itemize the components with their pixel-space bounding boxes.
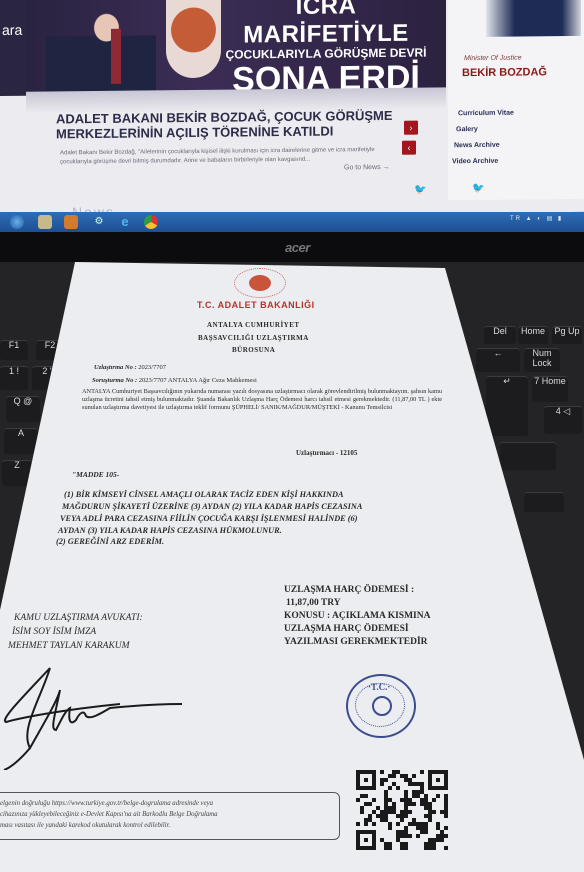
sidebar-link-video-archive[interactable]: Video Archive [452,158,498,165]
key-pgup[interactable]: Pg Up [552,326,582,344]
key-a[interactable]: A [4,428,38,454]
minister-photo [46,0,156,96]
key-numlock[interactable]: Num Lock [524,348,560,372]
twitter-icon[interactable]: 🐦 [414,185,426,196]
hero-left-fragment: ara [0,0,26,96]
key-shift-right[interactable] [500,442,556,470]
twitter-icon[interactable]: 🐦 [472,183,484,194]
sidebar-link-news-archive[interactable]: News Archive [454,142,500,149]
key-enter[interactable]: ↵ [486,376,528,436]
browser-window: ara İCRA MARİFETİYLE ÇOCUKLARIYLA GÖRÜŞM… [0,0,584,218]
hero-headline: İCRA MARİFETİYLE ÇOCUKLARIYLA GÖRÜŞME DE… [211,0,441,98]
system-tray[interactable]: TR ▲ ◐ ▤ ▮ [510,215,563,222]
prev-slide-button[interactable]: ‹ [402,141,416,155]
hero-banner[interactable]: İCRA MARİFETİYLE ÇOCUKLARIYLA GÖRÜŞME DE… [26,0,446,96]
news-title-link[interactable]: ADALET BAKANI BEKİR BOZDAĞ, ÇOCUK GÖRÜŞM… [56,108,396,142]
windows-taskbar [0,212,584,234]
sidebar-link-gallery[interactable]: Galery [456,126,478,133]
internet-explorer-icon[interactable]: e [118,215,132,229]
chrome-icon[interactable] [144,215,158,229]
key-backspace[interactable]: ← [476,348,520,372]
tie-decoration [111,29,121,84]
key-num7[interactable]: 7 Home [532,376,568,402]
brand-logo: acer [285,240,310,255]
key-home[interactable]: Home [518,326,548,344]
minister-portrait [486,0,581,37]
key-num4[interactable]: 4 ◁ [544,406,582,434]
key-menu[interactable] [524,492,564,512]
fragment-text: ara [2,22,22,38]
key-del[interactable]: Del [484,326,516,344]
minister-sidebar [448,0,584,200]
key-1[interactable]: 1 ! [0,366,28,390]
network-icon[interactable]: ⚙ [92,215,106,229]
key-q[interactable]: Q @ [6,396,40,422]
language-indicator[interactable]: TR [510,216,522,222]
file-explorer-icon[interactable] [38,215,52,229]
chevron-right-icon: › [410,123,413,133]
next-slide-button[interactable]: › [404,121,418,135]
key-z[interactable]: Z [2,460,32,486]
key-f1[interactable]: F1 [0,340,28,360]
chevron-left-icon: ‹ [408,143,411,153]
hero-line-1: İCRA MARİFETİYLE [211,0,441,50]
sidebar-link-cv[interactable]: Curriculum Vitae [458,110,514,118]
start-orb-icon[interactable] [10,215,24,229]
media-player-icon[interactable] [64,215,78,229]
minister-name: BEKİR BOZDAĞ [462,66,547,79]
minister-role: Minister Of Justice [464,55,522,63]
go-to-news-link[interactable]: Go to News → [344,164,390,171]
